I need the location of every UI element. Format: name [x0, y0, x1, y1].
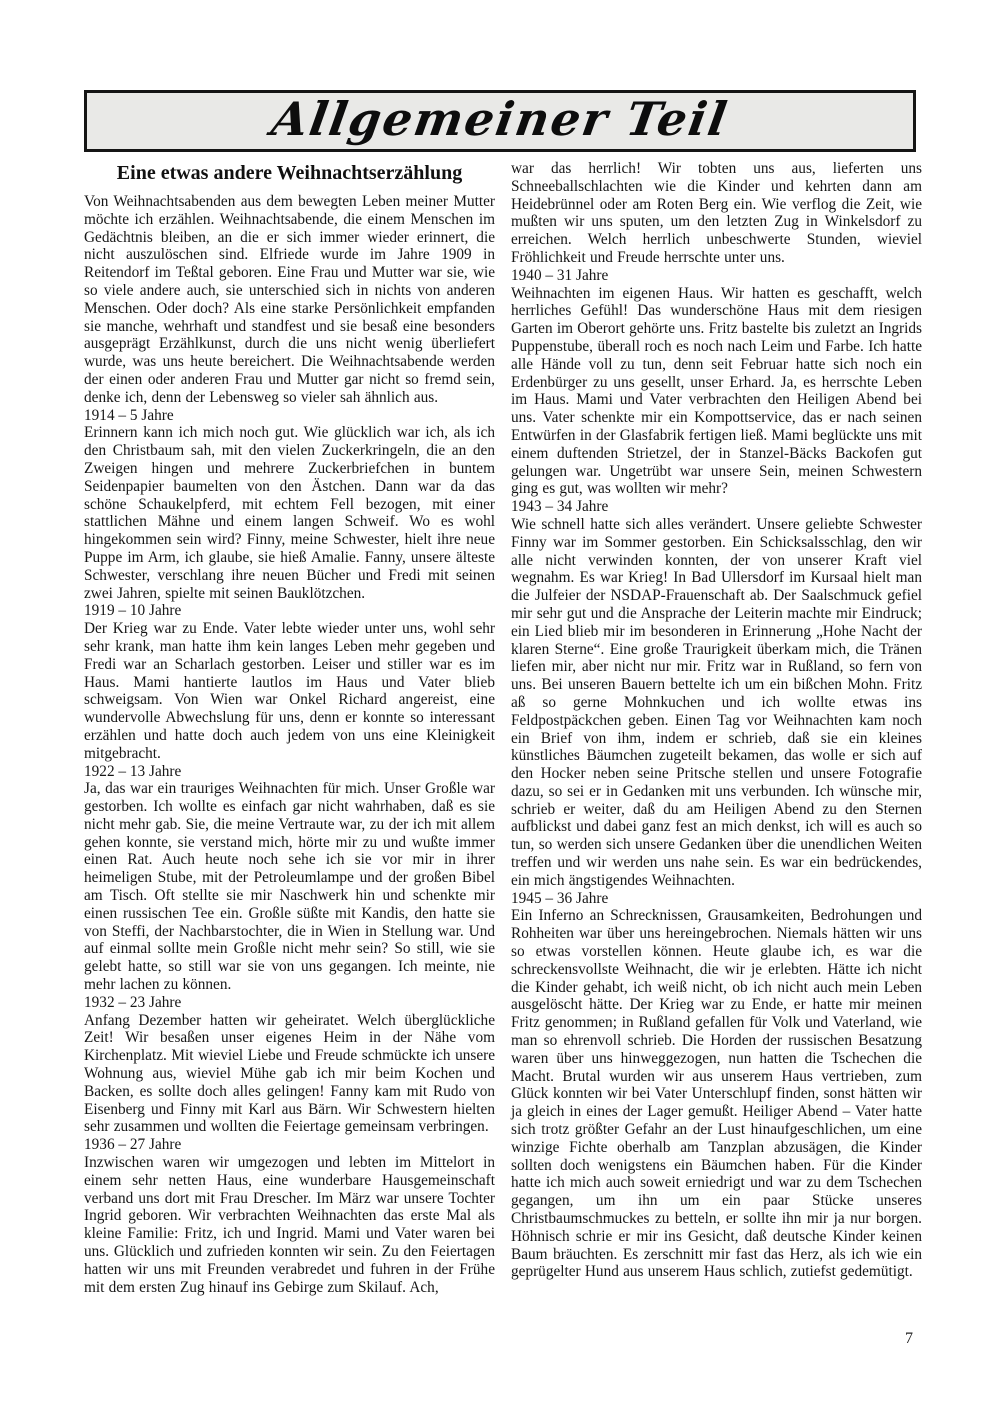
year-heading: 1919 – 10 Jahre	[84, 602, 495, 620]
text-paragraph: Ja, das war ein trauriges Weihnachten fü…	[84, 780, 495, 994]
text-paragraph: war das herrlich! Wir tobten uns aus, li…	[511, 160, 922, 267]
column-left: Eine etwas andere Weihnachtserzählung Vo…	[84, 160, 495, 1296]
year-heading: 1914 – 5 Jahre	[84, 407, 495, 425]
text-paragraph: Wie schnell hatte sich alles verändert. …	[511, 516, 922, 890]
year-heading: 1932 – 23 Jahre	[84, 994, 495, 1012]
year-heading: 1940 – 31 Jahre	[511, 267, 922, 285]
page-content: Eine etwas andere Weihnachtserzählung Vo…	[84, 160, 922, 1296]
year-heading: 1943 – 34 Jahre	[511, 498, 922, 516]
text-paragraph: Inzwischen waren wir umgezogen und lebte…	[84, 1154, 495, 1296]
text-paragraph: Der Krieg war zu Ende. Vater lebte wiede…	[84, 620, 495, 762]
section-banner-title: Allgemeiner Teil	[268, 96, 732, 146]
year-heading: 1922 – 13 Jahre	[84, 763, 495, 781]
text-paragraph: Ein Inferno an Schrecknissen, Grausamkei…	[511, 907, 922, 1281]
text-paragraph: Weihnachten im eigenen Haus. Wir hatten …	[511, 285, 922, 499]
article-title: Eine etwas andere Weihnachtserzählung	[84, 160, 495, 186]
year-heading: 1945 – 36 Jahre	[511, 890, 922, 908]
text-paragraph: Von Weihnachtsabenden aus dem bewegten L…	[84, 193, 495, 407]
text-paragraph: Erinnern kann ich mich noch gut. Wie glü…	[84, 424, 495, 602]
text-paragraph: Anfang Dezember hatten wir geheiratet. W…	[84, 1012, 495, 1137]
page-number: 7	[905, 1330, 913, 1348]
year-heading: 1936 – 27 Jahre	[84, 1136, 495, 1154]
section-banner: Allgemeiner Teil	[84, 90, 916, 152]
column-right: war das herrlich! Wir tobten uns aus, li…	[511, 160, 922, 1296]
